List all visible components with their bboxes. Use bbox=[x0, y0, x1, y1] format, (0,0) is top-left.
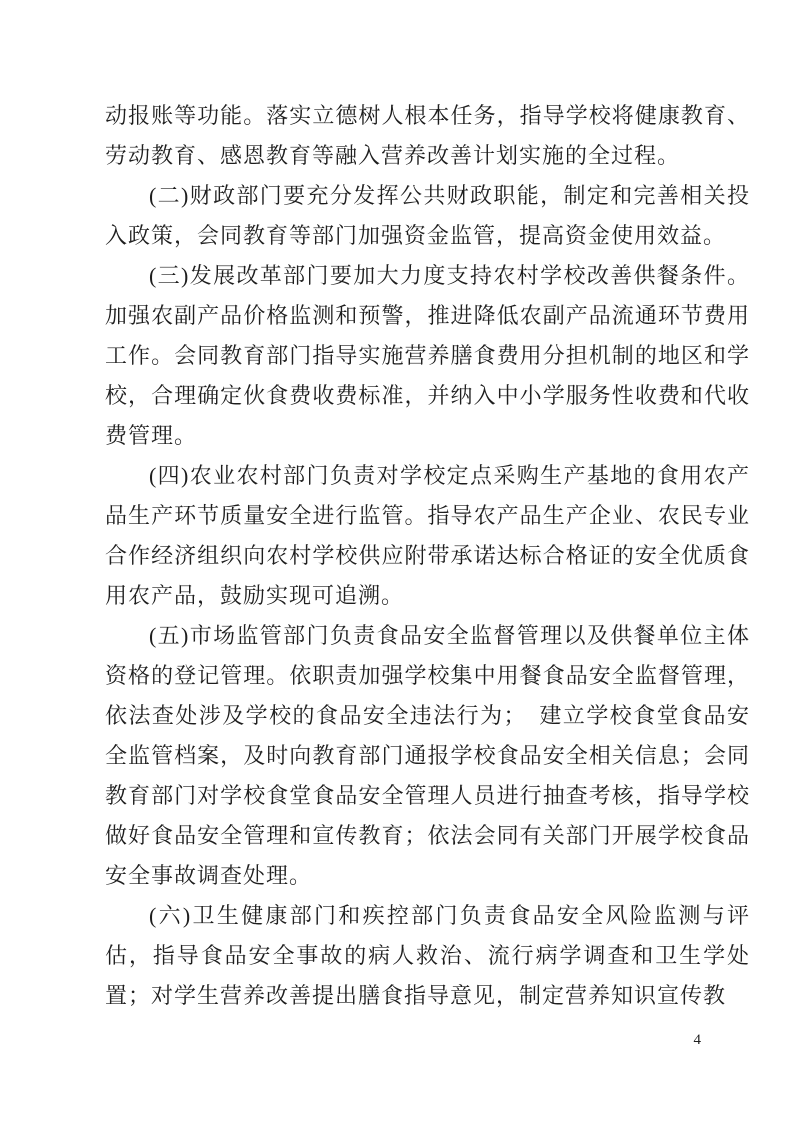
document-page: 动报账等功能。落实立德树人根本任务，指导学校将健康教育、劳动教育、感恩教育等融入… bbox=[0, 0, 793, 1121]
paragraph-item-5-market-regulation: (五)市场监管部门负责食品安全监督管理以及供餐单位主体资格的登记管理。依职责加强… bbox=[105, 616, 750, 896]
document-canvas: { "document": { "page_number": "4", "col… bbox=[0, 0, 793, 1121]
paragraph-continuation: 动报账等功能。落实立德树人根本任务，指导学校将健康教育、劳动教育、感恩教育等融入… bbox=[105, 96, 750, 176]
paragraph-item-4-agriculture: (四)农业农村部门负责对学校定点采购生产基地的食用农产品生产环节质量安全进行监管… bbox=[105, 456, 750, 616]
paragraph-item-6-health: (六)卫生健康部门和疾控部门负责食品安全风险监测与评估，指导食品安全事故的病人救… bbox=[105, 896, 750, 1016]
document-body-text: 动报账等功能。落实立德树人根本任务，指导学校将健康教育、劳动教育、感恩教育等融入… bbox=[105, 96, 750, 1016]
paragraph-item-2-finance: (二)财政部门要充分发挥公共财政职能，制定和完善相关投入政策，会同教育等部门加强… bbox=[105, 176, 750, 256]
page-number: 4 bbox=[694, 1030, 702, 1050]
paragraph-item-3-development-reform: (三)发展改革部门要加大力度支持农村学校改善供餐条件。加强农副产品价格监测和预警… bbox=[105, 256, 750, 456]
